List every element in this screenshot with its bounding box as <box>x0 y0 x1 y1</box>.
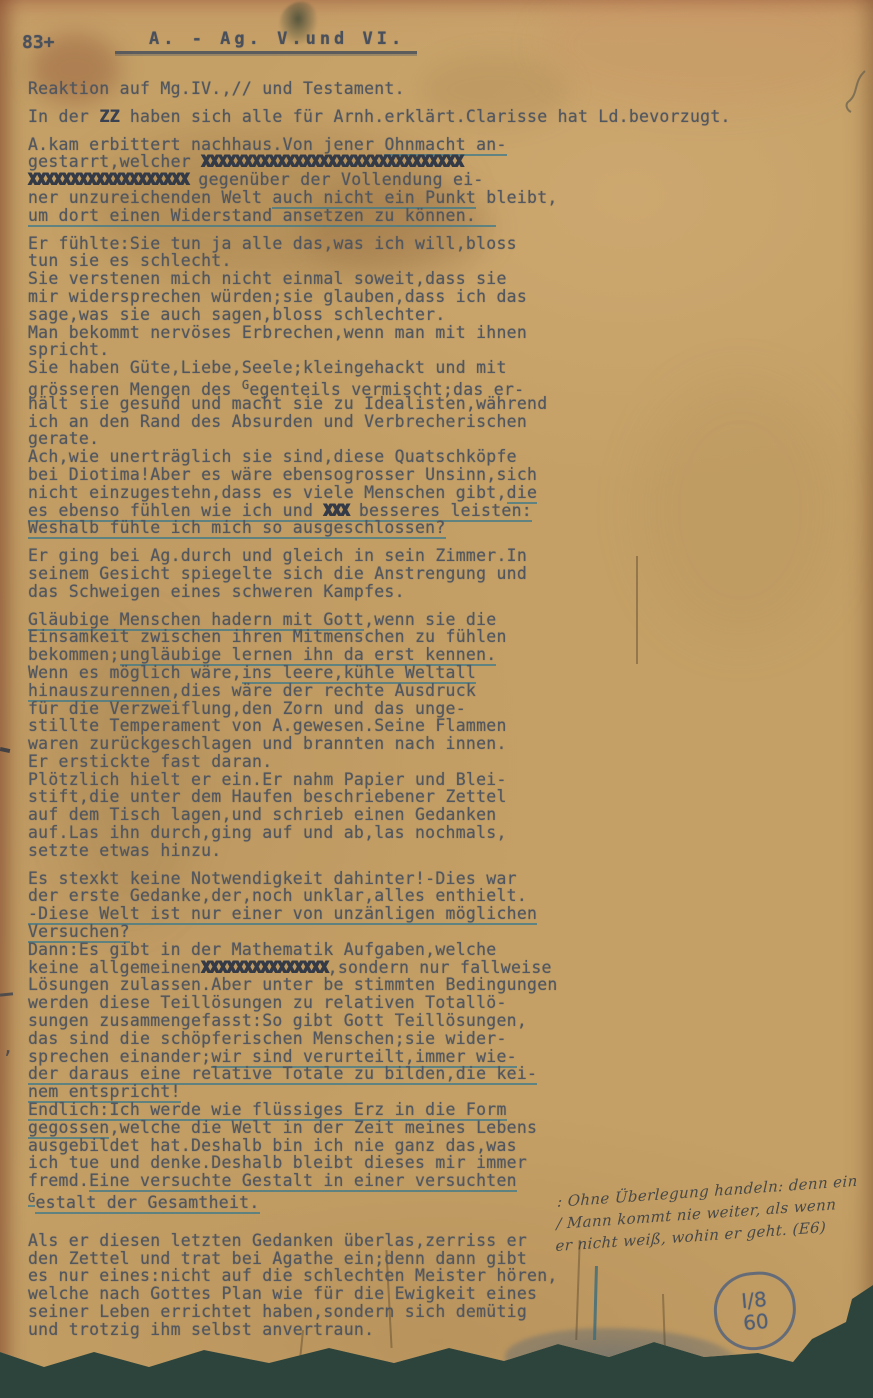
typed-line: XXXXXXXXXXXXXXXXXXX gegenüber der Vollen… <box>28 171 788 189</box>
typed-segment: Er erstickte fast daran. <box>28 752 272 771</box>
typed-segment: das Schweigen eines schweren Kampfes. <box>28 582 405 601</box>
typed-segment: auf dem Tisch lagen,und schrieb einen Ge… <box>28 805 496 824</box>
typed-segment: Sie haben Güte,Liebe,Seele;kleingehackt … <box>28 358 507 377</box>
typed-line: Wenn es möglich wäre,ins leere,kühle Wel… <box>28 664 788 682</box>
typed-segment: mir widersprechen würden;sie glauben,das… <box>28 287 527 306</box>
typed-paragraph: A.kam erbittert nachhaus.Von jener Ohnma… <box>28 136 788 225</box>
margin-dash-mark <box>0 992 13 996</box>
typed-segment: ausgebildet hat.Deshalb bin ich nie ganz… <box>28 1136 517 1155</box>
typed-segment: Es stexkt keine Notwendigkeit dahinter!-… <box>28 869 517 888</box>
typed-line: Gläubige Menschen hadern mit Gott,wenn s… <box>28 611 788 629</box>
typed-paragraph: Gläubige Menschen hadern mit Gott,wenn s… <box>28 611 788 860</box>
typed-segment: das sind die schöpferischen Menschen;sie… <box>28 1029 507 1048</box>
typed-segment: gerate. <box>28 429 99 448</box>
typed-segment: fremd. <box>28 1171 89 1190</box>
typed-paragraph: Er fühlte:Sie tun ja alle das,was ich wi… <box>28 235 788 538</box>
typed-segment: In der <box>28 107 99 126</box>
typed-segment: werden diese Teillösungen zu relativen T… <box>28 993 507 1012</box>
typed-segment: Weshalb fühle ich mich so ausgeschlossen… <box>28 518 446 539</box>
document-title: A. - Ag. V.und VI. <box>115 29 417 54</box>
typed-segment: estalt der Gesamtheit. <box>35 1193 259 1214</box>
typed-segment: Er fühlte:Sie tun ja alle das,was ich wi… <box>28 234 517 253</box>
typed-segment: nicht einzugestehn,dass es viele Mensche… <box>28 483 507 502</box>
typed-segment: Als er diesen letzten Gedanken überlas,z… <box>28 1231 527 1250</box>
typed-segment: stift,die unter dem Haufen beschriebener… <box>28 787 507 806</box>
typed-line: es ebenso fühlen wie ich und XXX bessere… <box>28 502 788 520</box>
scanned-manuscript-page: 83+ A. - Ag. V.und VI. Reaktion auf Mg.I… <box>0 0 873 1398</box>
typed-line: hält sie gesund und macht sie zu Idealis… <box>28 395 788 413</box>
typed-segment: ner unzureichenden Welt <box>28 188 272 207</box>
typed-segment: Man bekommt nervöses Erbrechen,wenn man … <box>28 323 527 342</box>
typed-segment: es nur eines:nicht auf die schlechten Me… <box>28 1266 558 1285</box>
typed-line: Er fühlte:Sie tun ja alle das,was ich wi… <box>28 235 788 253</box>
typed-segment: und trotzig ihm selbst anvertraun. <box>28 1320 374 1339</box>
typed-line: der daraus eine relative Totale zu bilde… <box>28 1065 788 1083</box>
typed-paragraph: Er ging bei Ag.durch und gleich in sein … <box>28 547 788 600</box>
typed-segment: Wenn es möglich wäre, <box>28 663 242 682</box>
typed-segment: sungen zusammengefasst:So gibt Gott Teil… <box>28 1011 527 1030</box>
typed-paragraph: Reaktion auf Mg.IV.,// und Testament. <box>28 80 788 98</box>
typed-line: Ach,wie unerträglich sie sind,diese Quat… <box>28 448 788 466</box>
typed-line: Sie haben Güte,Liebe,Seele;kleingehackt … <box>28 359 788 377</box>
typed-line: bekommen;ungläubige lernen ihn da erst k… <box>28 646 788 664</box>
typed-line: Man bekommt nervöses Erbrechen,wenn man … <box>28 324 788 342</box>
typed-segment: hält sie gesund und macht sie zu Idealis… <box>28 394 547 413</box>
overtyped-strikeout: XXXXXXXXXXXXXXX <box>201 958 328 977</box>
typed-line: ausgebildet hat.Deshalb bin ich nie ganz… <box>28 1137 788 1155</box>
typed-segment: welche nach Gottes Plan wie für die Ewig… <box>28 1284 537 1303</box>
typed-line: keine allgemeinenXXXXXXXXXXXXXXX,sondern… <box>28 959 788 977</box>
typed-line: Endlich:Ich werde wie flüssiges Erz in d… <box>28 1101 788 1119</box>
typed-line: tun sie es schlecht. <box>28 252 788 270</box>
typed-segment: waren zurückgeschlagen und brannten nach… <box>28 734 507 753</box>
typed-segment: Einsamkeit zwischen ihren Mitmenschen zu… <box>28 627 507 646</box>
typed-line: Dann:Es gibt in der Mathematik Aufgaben,… <box>28 941 788 959</box>
page-number-mark: 83+ <box>22 32 55 53</box>
typed-line: ich an den Rand des Absurden und Verbrec… <box>28 413 788 431</box>
typed-segment: Sie verstenen mich nicht einmal soweit,d… <box>28 269 507 288</box>
typed-line: bei Diotima!Aber es wäre ebensogrosser U… <box>28 466 788 484</box>
typed-line: Reaktion auf Mg.IV.,// und Testament. <box>28 80 788 98</box>
typed-line: nicht einzugestehn,dass es viele Mensche… <box>28 484 788 502</box>
typed-segment: ich an den Rand des Absurden und Verbrec… <box>28 412 527 431</box>
typed-line: Einsamkeit zwischen ihren Mitmenschen zu… <box>28 628 788 646</box>
typed-line: A.kam erbittert nachhaus.Von jener Ohnma… <box>28 136 788 154</box>
typed-segment: bleibt, <box>476 188 557 207</box>
typed-segment: tun sie es schlecht. <box>28 251 232 270</box>
typed-segment: stillte Temperament von A.gewesen.Seine … <box>28 716 507 735</box>
typed-segment: ,dies wäre der rechte Ausdruck <box>171 681 477 700</box>
typed-line: waren zurückgeschlagen und brannten nach… <box>28 735 788 753</box>
typed-line: ich tue und denke.Deshalb bleibt dieses … <box>28 1154 788 1172</box>
pencil-squiggle-mark <box>843 68 869 116</box>
typed-segment: Plötzlich hielt er ein.Er nahm Papier un… <box>28 770 507 789</box>
typed-segment: haben sich alle für Arnh.erklärt.Clariss… <box>120 107 731 126</box>
typed-segment: Reaktion auf Mg.IV.,// und Testament. <box>28 79 405 98</box>
typed-line: stillte Temperament von A.gewesen.Seine … <box>28 717 788 735</box>
typed-line: gegossen,welche die Welt in der Zeit mei… <box>28 1119 788 1137</box>
stamp-bottom-text: 60 <box>742 1310 769 1334</box>
typed-line: gerate. <box>28 430 788 448</box>
typed-line: um dort einen Widerstand ansetzen zu kön… <box>28 207 788 225</box>
typed-line: sprechen einander;wir sind verurteilt,im… <box>28 1048 788 1066</box>
typed-line: sungen zusammengefasst:So gibt Gott Teil… <box>28 1012 788 1030</box>
typed-segment: Er ging bei Ag.durch und gleich in sein … <box>28 546 527 565</box>
typed-paragraph: In der ZZ haben sich alle für Arnh.erklä… <box>28 108 788 126</box>
paper-sheet: 83+ A. - Ag. V.und VI. Reaktion auf Mg.I… <box>0 0 873 1398</box>
margin-tick-mark <box>0 747 10 753</box>
typed-segment: auf.Las ihn durch,ging auf und ab,las no… <box>28 823 507 842</box>
typed-line: seinem Gesicht spiegelte sich die Anstre… <box>28 565 788 583</box>
typed-line: setzte etwas hinzu. <box>28 842 788 860</box>
typed-segment: ich tue und denke.Deshalb bleibt dieses … <box>28 1153 527 1172</box>
typed-segment: spricht. <box>28 340 109 359</box>
typed-segment: der erste Gedanke,der,noch unklar,alles … <box>28 886 527 905</box>
typed-line: der erste Gedanke,der,noch unklar,alles … <box>28 887 788 905</box>
typed-segment: A.kam erbittert nachhaus.Von jener <box>28 135 384 154</box>
margin-comma-mark: , <box>2 1034 14 1058</box>
typed-line: sage,was sie auch sagen,bloss schlechter… <box>28 306 788 324</box>
typed-line: das Schweigen eines schweren Kampfes. <box>28 583 788 601</box>
typed-line: für die Verzweiflung,den Zorn und das un… <box>28 700 788 718</box>
typed-segment: gegenüber der Vollendung ei- <box>188 170 483 189</box>
typed-text: Reaktion auf Mg.IV.,// und Testament.In … <box>28 80 788 1339</box>
typed-segment: ,sondern nur fallweise <box>328 958 552 977</box>
overtyped-strikeout: XXXXXXXXXXXXXXXXXXXXXXXXXXXXXXX <box>201 152 462 171</box>
typed-segment: ,wenn sie die <box>364 610 496 629</box>
typed-segment: seiner Leben errichtet haben,sondern sic… <box>28 1302 527 1321</box>
typed-segment: Ach,wie unerträglich sie sind,diese Quat… <box>28 447 517 466</box>
typed-segment: den Zettel und trat bei Agathe ein;denn … <box>28 1249 527 1268</box>
typed-line: Versuchen? <box>28 923 788 941</box>
typed-line: nem entspricht! <box>28 1083 788 1101</box>
typed-paragraph: Es stexkt keine Notwendigkeit dahinter!-… <box>28 870 788 1208</box>
typed-segment: bei Diotima!Aber es wäre ebensogrosser U… <box>28 465 537 484</box>
typed-segment: ZZ <box>99 107 119 126</box>
typed-line: ner unzureichenden Welt auch nicht ein P… <box>28 189 788 207</box>
typed-segment: setzte etwas hinzu. <box>28 841 222 860</box>
typed-segment: keine allgemeinen <box>28 958 201 977</box>
typed-line: welche nach Gottes Plan wie für die Ewig… <box>28 1285 788 1303</box>
typed-line: werden diese Teillösungen zu relativen T… <box>28 994 788 1012</box>
typed-line: spricht. <box>28 341 788 359</box>
typed-line: auf.Las ihn durch,ging auf und ab,las no… <box>28 824 788 842</box>
typed-line: Er ging bei Ag.durch und gleich in sein … <box>28 547 788 565</box>
typed-segment: um dort einen Widerstand ansetzen zu kön… <box>28 206 496 227</box>
typed-line: Es stexkt keine Notwendigkeit dahinter!-… <box>28 870 788 888</box>
typed-line: Sie verstenen mich nicht einmal soweit,d… <box>28 270 788 288</box>
typed-segment: sage,was sie auch sagen,bloss schlechter… <box>28 305 446 324</box>
overtyped-strikeout: XXXXXXXXXXXXXXXXXXX <box>28 170 188 189</box>
typed-segment: bekommen; <box>28 645 120 664</box>
typed-line: Lösungen zulassen.Aber unter be stimmten… <box>28 976 788 994</box>
typed-segment: Lösungen zulassen.Aber unter be stimmten… <box>28 975 558 994</box>
typed-line: In der ZZ haben sich alle für Arnh.erklä… <box>28 108 788 126</box>
typed-segment: seinem Gesicht spiegelte sich die Anstre… <box>28 564 527 583</box>
typed-line: grösseren Mengen des Gegenteils vermisch… <box>28 377 788 395</box>
typed-segment: Dann:Es gibt in der Mathematik Aufgaben,… <box>28 940 496 959</box>
typed-segment: sprechen einander; <box>28 1047 211 1066</box>
typed-line: es nur eines:nicht auf die schlechten Me… <box>28 1267 788 1285</box>
typed-line: stift,die unter dem Haufen beschriebener… <box>28 788 788 806</box>
typed-line: seiner Leben errichtet haben,sondern sic… <box>28 1303 788 1321</box>
typed-line: gestarrt,welcher XXXXXXXXXXXXXXXXXXXXXXX… <box>28 153 788 171</box>
typed-line: Er erstickte fast daran. <box>28 753 788 771</box>
typed-line: -Diese Welt ist nur einer von unzänligen… <box>28 905 788 923</box>
typed-segment: für die Verzweiflung,den Zorn und das un… <box>28 699 466 718</box>
typed-line: das sind die schöpferischen Menschen;sie… <box>28 1030 788 1048</box>
typed-segment: gestarrt,welcher <box>28 152 201 171</box>
typed-line: Plötzlich hielt er ein.Er nahm Papier un… <box>28 771 788 789</box>
typed-line: Weshalb fühle ich mich so ausgeschlossen… <box>28 519 788 537</box>
typed-segment: ,welche die Welt in der Zeit meines Lebe… <box>109 1118 537 1137</box>
typed-line: auf dem Tisch lagen,und schrieb einen Ge… <box>28 806 788 824</box>
typed-line: hinauszurennen,dies wäre der rechte Ausd… <box>28 682 788 700</box>
typed-line: den Zettel und trat bei Agathe ein;denn … <box>28 1250 788 1268</box>
typed-line: und trotzig ihm selbst anvertraun. <box>28 1321 788 1339</box>
typed-line: mir widersprechen würden;sie glauben,das… <box>28 288 788 306</box>
